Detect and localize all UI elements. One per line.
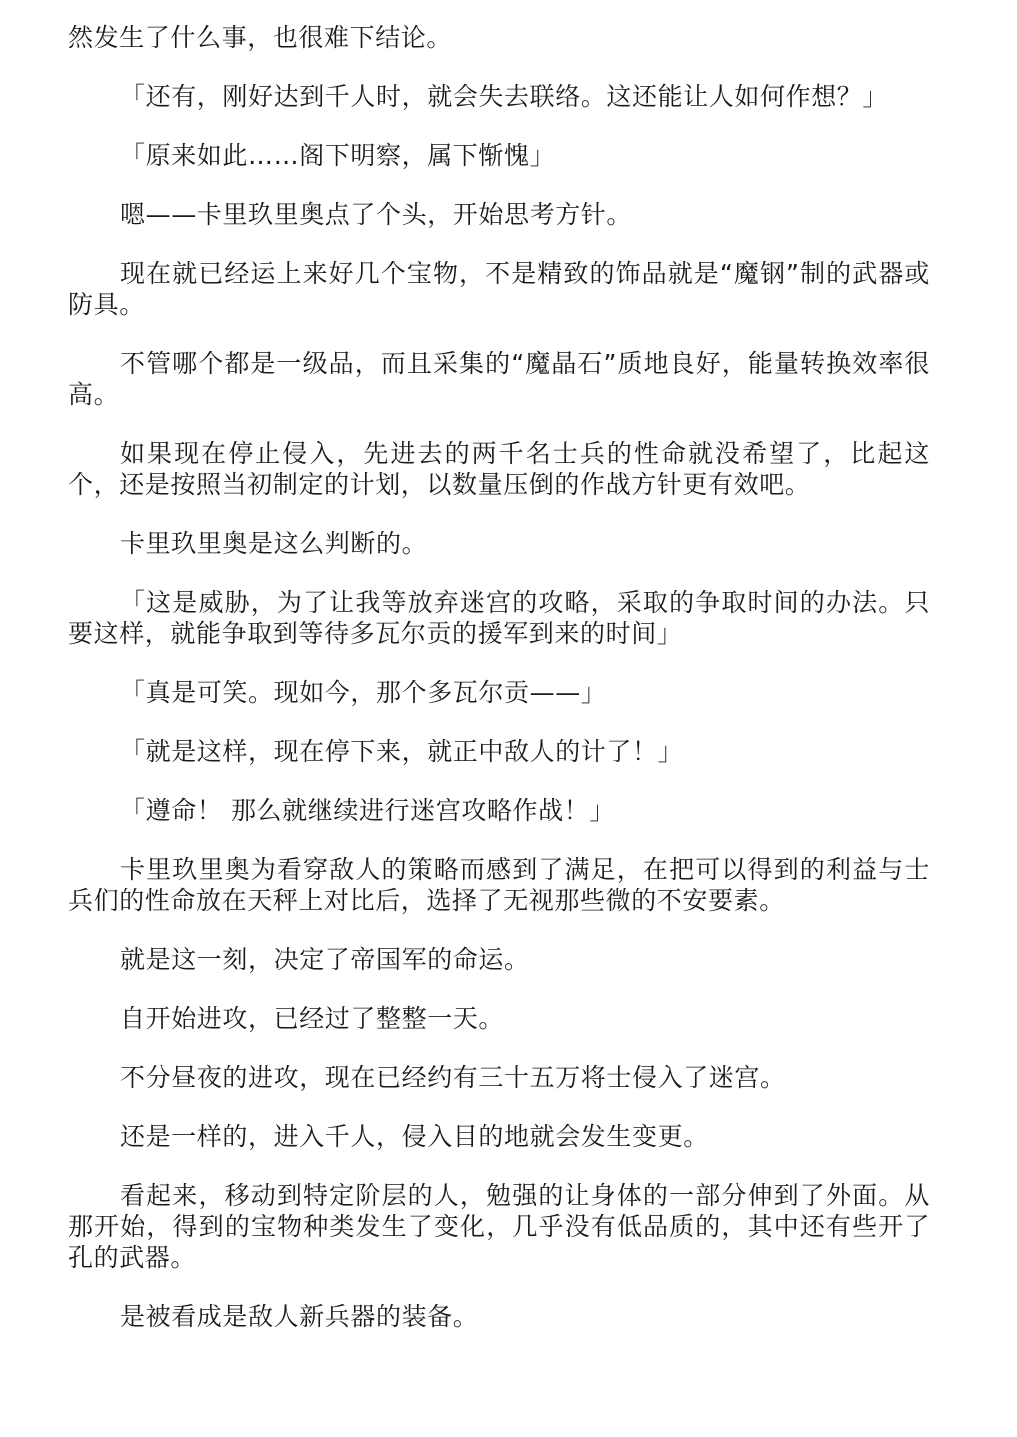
paragraph-6: 不管哪个都是一级品，而且采集的“魔晶石”质地良好，能量转换效率很高。 <box>68 348 930 410</box>
paragraph-18: 看起来，移动到特定阶层的人，勉强的让身体的一部分伸到了外面。从那开始，得到的宝物… <box>68 1180 930 1273</box>
paragraph-13: 卡里玖里奥为看穿敌人的策略而感到了满足，在把可以得到的利益与士兵们的性命放在天秤… <box>68 854 930 916</box>
paragraph-2: 「还有，刚好达到千人时，就会失去联络。这还能让人如何作想？」 <box>68 81 930 112</box>
paragraph-19: 是被看成是敌人新兵器的装备。 <box>68 1301 930 1332</box>
paragraph-1: 然发生了什么事，也很难下结论。 <box>68 22 930 53</box>
paragraph-16: 不分昼夜的进攻，现在已经约有三十五万将士侵入了迷宫。 <box>68 1062 930 1093</box>
paragraph-11: 「就是这样，现在停下来，就正中敌人的计了！」 <box>68 736 930 767</box>
paragraph-15: 自开始进攻，已经过了整整一天。 <box>68 1003 930 1034</box>
paragraph-7: 如果现在停止侵入，先进去的两千名士兵的性命就没希望了，比起这个，还是按照当初制定… <box>68 438 930 500</box>
paragraph-3: 「原来如此……阁下明察，属下惭愧」 <box>68 140 930 171</box>
paragraph-14: 就是这一刻，决定了帝国军的命运。 <box>68 944 930 975</box>
paragraph-5: 现在就已经运上来好几个宝物，不是精致的饰品就是“魔钢”制的武器或防具。 <box>68 258 930 320</box>
paragraph-12: 「遵命！ 那么就继续进行迷宫攻略作战！」 <box>68 795 930 826</box>
paragraph-8: 卡里玖里奥是这么判断的。 <box>68 528 930 559</box>
paragraph-10: 「真是可笑。现如今，那个多瓦尔贡——」 <box>68 677 930 708</box>
paragraph-17: 还是一样的，进入千人，侵入目的地就会发生变更。 <box>68 1121 930 1152</box>
paragraph-9: 「这是威胁，为了让我等放弃迷宫的攻略，采取的争取时间的办法。只要这样，就能争取到… <box>68 587 930 649</box>
document-page: 然发生了什么事，也很难下结论。 「还有，刚好达到千人时，就会失去联络。这还能让人… <box>68 22 930 1360</box>
paragraph-4: 嗯——卡里玖里奥点了个头，开始思考方针。 <box>68 199 930 230</box>
